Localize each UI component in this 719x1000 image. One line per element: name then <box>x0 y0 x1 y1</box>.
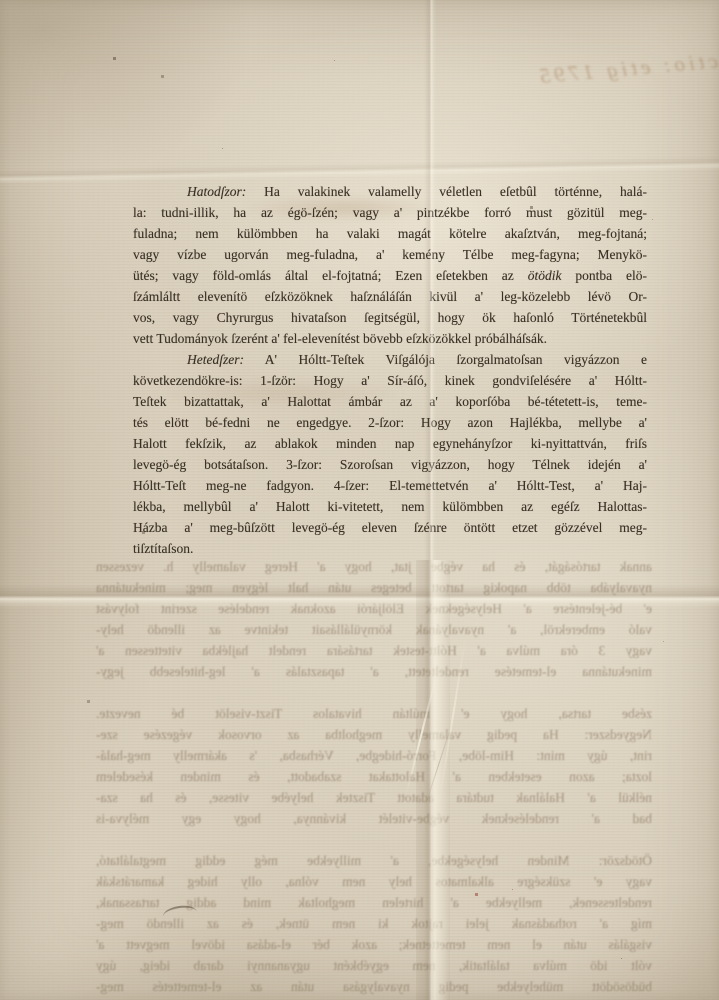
italic-text: Hetedſzer: <box>187 352 244 367</box>
text-line: ütés; vagy föld-omlás által el-fojtatná;… <box>133 265 647 286</box>
bleedthrough-line: büdösödött mühelyekbe pedig nyavalygása … <box>96 976 652 997</box>
bleedthrough-line <box>96 829 652 850</box>
text-segment: la: tudni-illik, ha az égö-ſzén; vagy a'… <box>133 205 647 220</box>
text-line: Hatodſzor: Ha valakinek valamelly véletl… <box>133 181 647 202</box>
text-line: Hóltt-Teſt meg-ne fadgyon. 4-ſzer: El-te… <box>133 475 647 496</box>
text-line: vett Tudományok ſzerént a' fel-eleveníté… <box>133 328 647 349</box>
aged-paper-document: ctio: etig 1795 annak tartóságát, és ha … <box>0 0 719 1000</box>
text-line: lékba, mellybûl a' Halott ki-vitetett, n… <box>133 496 647 517</box>
bleedthrough-line: nélkül a' Halálnak tudtára adatott Tiszt… <box>96 787 652 808</box>
bleedthrough-line: bad a' rendeléseknek végbe-vitelét kiván… <box>96 808 652 829</box>
text-line: Hetedſzer: A' Hóltt-Teſtek Viſgálója ſzo… <box>133 349 647 370</box>
text-segment: tés elött bé-fedni ne engedgye. 2-ſzor: … <box>133 415 647 430</box>
text-segment: Hóltt-Teſt meg-ne fadgyon. 4-ſzer: El-te… <box>133 478 647 493</box>
bleedthrough-line: vólt idö múlva találtatik, nem egyébként… <box>96 955 652 976</box>
bleedthrough-line: zésbe tartsa, hogy e' múltán hivatalos T… <box>96 703 652 724</box>
bleedthrough-line: való emberekröl, a' nyavalyának környülá… <box>96 619 652 640</box>
printed-text-block: Hatodſzor: Ha valakinek valamelly véletl… <box>133 181 647 559</box>
text-segment: levegö-ég botsátaſson. 3-ſzor: Szoroſsan… <box>133 457 647 472</box>
text-segment: tiſztítaſson. <box>133 541 193 556</box>
text-line: la: tudni-illik, ha az égö-ſzén; vagy a'… <box>133 202 647 223</box>
text-line: Teſtek bizattattak, a' Halottat ámbár az… <box>133 391 647 412</box>
handwriting-bleedthrough-mark: ctio: etig 1795 <box>546 49 719 110</box>
bleedthrough-line: Negyedszer: Ha pedig valamelly megholtba… <box>96 724 652 745</box>
fold-crease-vertical <box>424 0 436 1000</box>
text-line: fuladna; nem külömbben ha valaki magát k… <box>133 223 647 244</box>
bleedthrough-text: annak tartóságát, és ha végbe jtat, hogy… <box>96 556 652 997</box>
text-line: vos, vagy Chyrurgus hivataſson ſegitségü… <box>133 307 647 328</box>
text-segment: Házba a' meg-bûſzött levegö-ég eleven ſz… <box>133 520 647 535</box>
text-line: következendökre-is: 1-ſzör: Hogy a' Sír-… <box>133 370 647 391</box>
text-segment: következendökre-is: 1-ſzör: Hogy a' Sír-… <box>133 373 647 388</box>
text-segment: pontba elö- <box>561 268 647 283</box>
text-segment: lékba, mellybûl a' Halott ki-vitetett, n… <box>133 499 647 514</box>
text-segment: A' Hóltt-Teſtek Viſgálója ſzorgalmatoſsa… <box>244 352 647 367</box>
text-segment: vos, vagy Chyrurgus hivataſson ſegitségü… <box>133 310 647 325</box>
italic-text: Hatodſzor: <box>187 184 246 199</box>
text-line: tiſztítaſson. <box>133 538 647 559</box>
text-line: Halott fekſzik, az ablakok minden nap eg… <box>133 433 647 454</box>
text-line: ſzámláltt elevenítö eſzközöknek haſználá… <box>133 286 647 307</box>
paragraph: Hatodſzor: Ha valakinek valamelly véletl… <box>133 181 647 349</box>
bleedthrough-line: visgálás után el nem temettetnek; azok b… <box>96 934 652 955</box>
fold-crease-horizontal <box>0 584 719 608</box>
text-segment: Teſtek bizattattak, a' Halottat ámbár az… <box>133 394 647 409</box>
bleedthrough-line: vagy e' szükségre alkalmatos hely nem vó… <box>96 871 652 892</box>
bleedthrough-line: annak tartóságát, és ha végbe jtat, hogy… <box>96 556 652 577</box>
fold-crease-upper <box>0 156 719 184</box>
text-line: vagy vízbe ugorván meg-fuladna, a' kemén… <box>133 244 647 265</box>
bleedthrough-line: minekutánna el-temetése rendeltetett, a'… <box>96 661 652 682</box>
bleedthrough-line: Ötödször: Minden helységekbe, a' millyek… <box>96 850 652 871</box>
text-segment: vett Tudományok ſzerént a' fel-eleveníté… <box>133 331 547 346</box>
text-segment: ſzámláltt elevenítö eſzközöknek haſználá… <box>133 289 647 304</box>
text-segment: vagy vízbe ugorván meg-fuladna, a' kemén… <box>133 247 647 262</box>
bleedthrough-line <box>96 682 652 703</box>
paper-specks <box>0 0 1 1</box>
text-segment: Ha valakinek valamelly véletlen eſetbûl … <box>246 184 647 199</box>
text-segment: Halott fekſzik, az ablakok minden nap eg… <box>133 436 647 451</box>
bleedthrough-line: rint, úgy mint: Him-löbe, Forró-hidegbe,… <box>96 745 652 766</box>
text-line: levegö-ég botsátaſson. 3-ſzor: Szoroſsan… <box>133 454 647 475</box>
bleedthrough-line: lozta; azon esetekben a' Halottakat szab… <box>96 766 652 787</box>
paragraph: Hetedſzer: A' Hóltt-Teſtek Viſgálója ſzo… <box>133 349 647 559</box>
text-line: Házba a' meg-bûſzött levegö-ég eleven ſz… <box>133 517 647 538</box>
italic-text: ötödik <box>528 268 562 283</box>
text-segment: ütés; vagy föld-omlás által el-fojtatná;… <box>133 268 528 283</box>
bleedthrough-line: vagy 3 óra múlva a' Hóltt-testek tartásá… <box>96 640 652 661</box>
text-segment: fuladna; nem külömbben ha valaki magát k… <box>133 226 647 241</box>
text-line: tés elött bé-fedni ne engedgye. 2-ſzor: … <box>133 412 647 433</box>
